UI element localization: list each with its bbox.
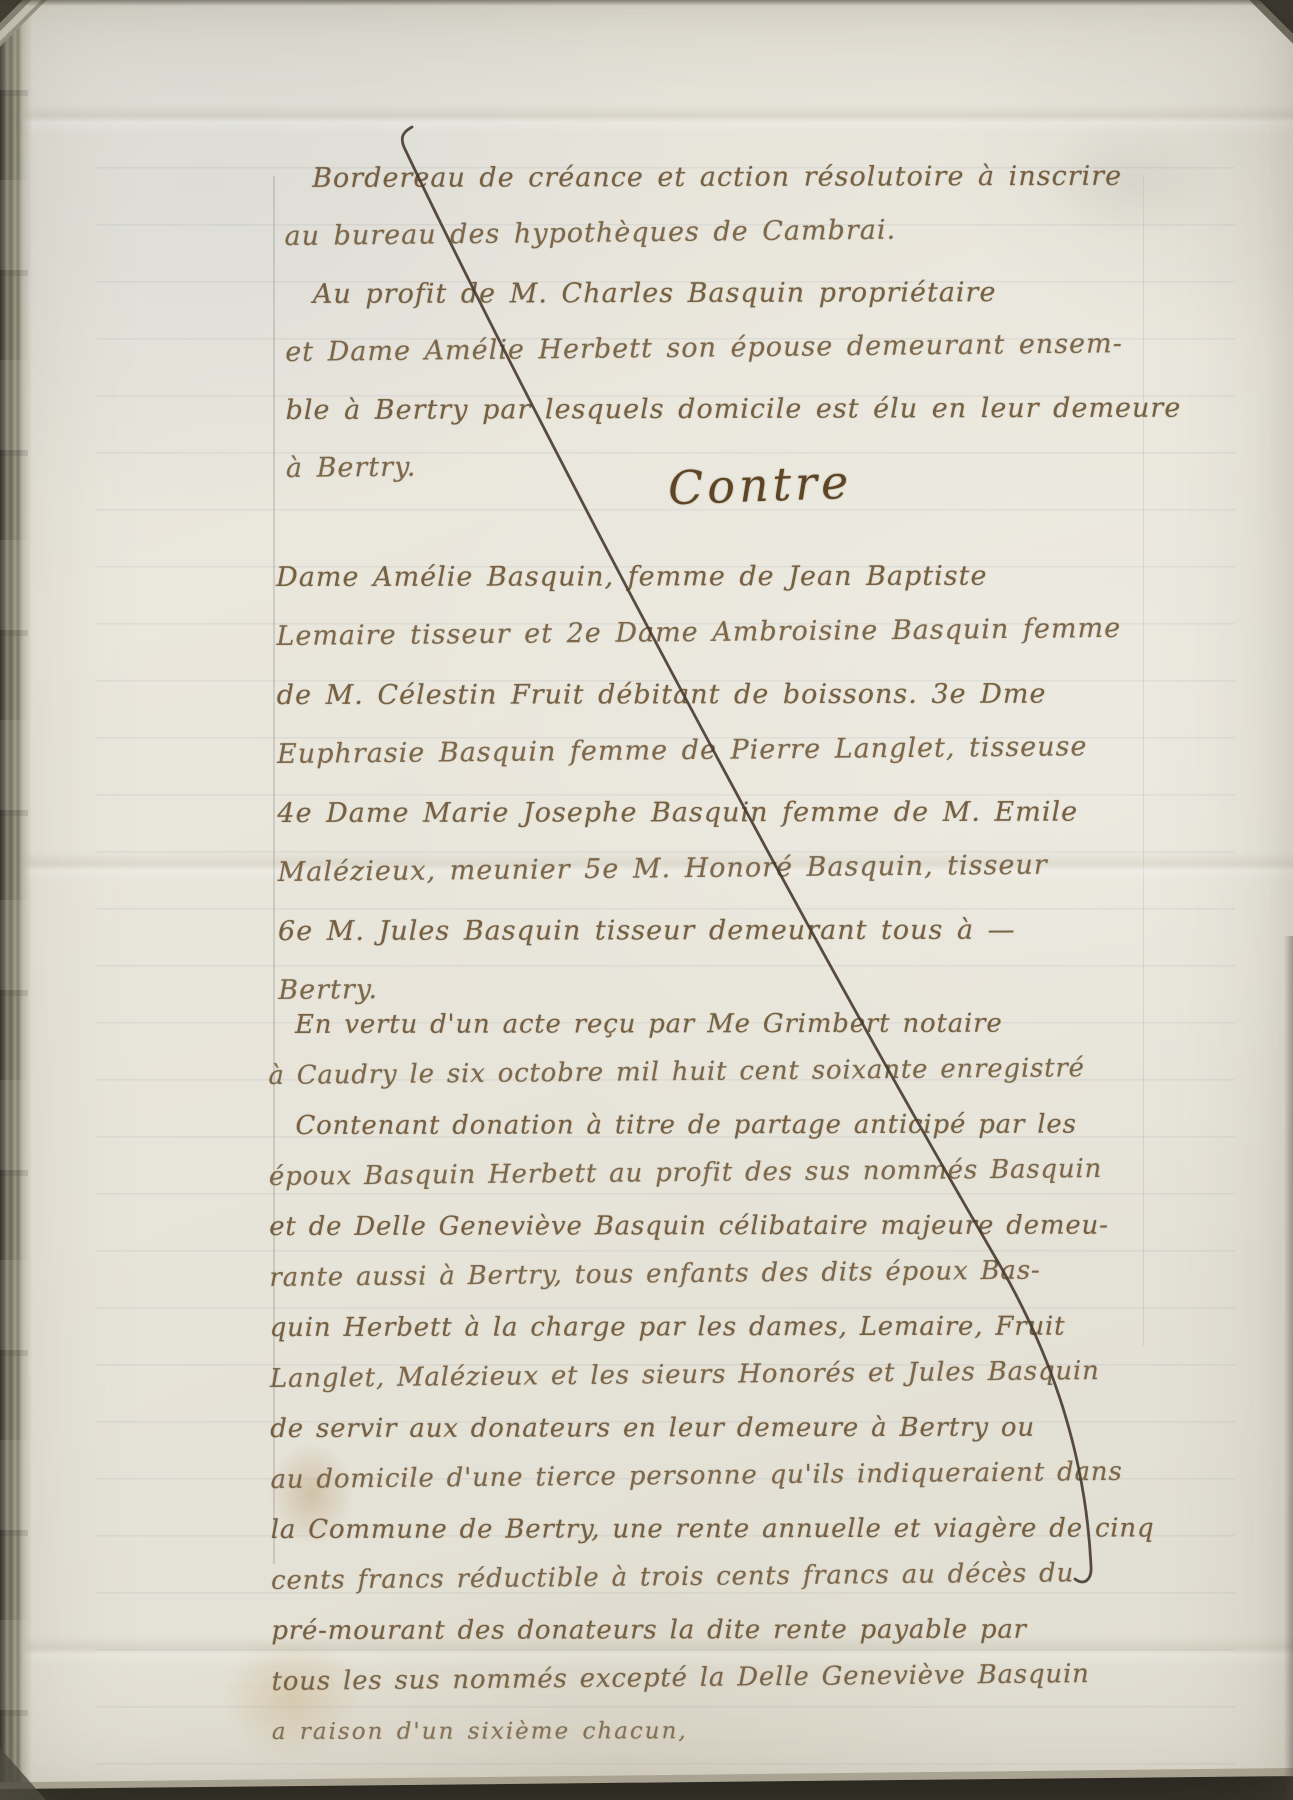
manuscript-line: Lemaire tisseur et 2e Dame Ambroisine Ba… — [276, 599, 1121, 666]
scan-corner-top-right — [1193, 0, 1293, 74]
manuscript-line: et de Delle Geneviève Basquin célibatair… — [269, 1200, 1153, 1252]
manuscript-line: Contenant donation à titre de partage an… — [269, 1099, 1153, 1151]
manuscript-line: tous les sus nommés excepté la Delle Gen… — [271, 1648, 1155, 1707]
manuscript-line: époux Basquin Herbett au profit des sus … — [269, 1143, 1153, 1202]
manuscript-line: a raison d'un sixième chacun, — [272, 1705, 1156, 1757]
scan-corner-top-left — [0, 0, 120, 78]
manuscript-line: ble à Bertry par lesquels domicile est é… — [286, 380, 1182, 440]
manuscript-line: pré-mourant des donateurs la dite rente … — [271, 1604, 1155, 1656]
manuscript-line: la Commune de Bertry, une rente annuelle… — [271, 1503, 1155, 1555]
scanned-manuscript-page: Bordereau de créance et action résolutoi… — [0, 0, 1293, 1800]
manuscript-line: quin Herbett à la charge par les dames, … — [270, 1301, 1154, 1353]
paragraph-deed-terms: En vertu d'un acte reçu par Me Grimbert … — [268, 995, 1156, 1757]
manuscript-line: Bordereau de créance et action résolutoi… — [284, 148, 1180, 208]
page-stack-streaks — [0, 0, 28, 1800]
manuscript-line: de M. Célestin Fruit débitant de boisson… — [277, 665, 1122, 725]
manuscript-line: 6e M. Jules Basquin tisseur demeurant to… — [278, 901, 1123, 961]
manuscript-line: à Caudry le six octobre mil huit cent so… — [268, 1042, 1152, 1101]
paragraph-creditor: Bordereau de créance et action résolutoi… — [284, 145, 1182, 498]
fold-crease-top — [0, 104, 1293, 134]
manuscript-line: rante aussi à Bertry, tous enfants des d… — [269, 1244, 1153, 1303]
section-heading-contre: Contre — [667, 455, 853, 515]
manuscript-line: cents francs réductible à trois cents fr… — [271, 1547, 1155, 1606]
scan-edge-right — [1284, 936, 1293, 1800]
manuscript-line: Langlet, Malézieux et les sieurs Honorés… — [270, 1345, 1154, 1404]
manuscript-line: Malézieux, meunier 5e M. Honoré Basquin,… — [277, 835, 1122, 902]
manuscript-line: Euphrasie Basquin femme de Pierre Langle… — [277, 717, 1122, 784]
manuscript-line: au domicile d'une tierce personne qu'ils… — [270, 1446, 1154, 1505]
manuscript-line: Dame Amélie Basquin, femme de Jean Bapti… — [276, 547, 1121, 607]
manuscript-line: au bureau des hypothèques de Cambrai. — [284, 199, 1180, 266]
manuscript-line: Au profit de M. Charles Basquin propriét… — [285, 264, 1181, 324]
paragraph-debtors: Dame Amélie Basquin, femme de Jean Bapti… — [276, 544, 1123, 1020]
manuscript-line: En vertu d'un acte reçu par Me Grimbert … — [268, 998, 1152, 1050]
manuscript-line: et Dame Amélie Herbett son épouse demeur… — [285, 315, 1181, 382]
manuscript-line: de servir aux donateurs en leur demeure … — [270, 1402, 1154, 1454]
manuscript-line: 4e Dame Marie Josephe Basquin femme de M… — [277, 783, 1122, 843]
scan-edge-top — [0, 0, 1293, 6]
